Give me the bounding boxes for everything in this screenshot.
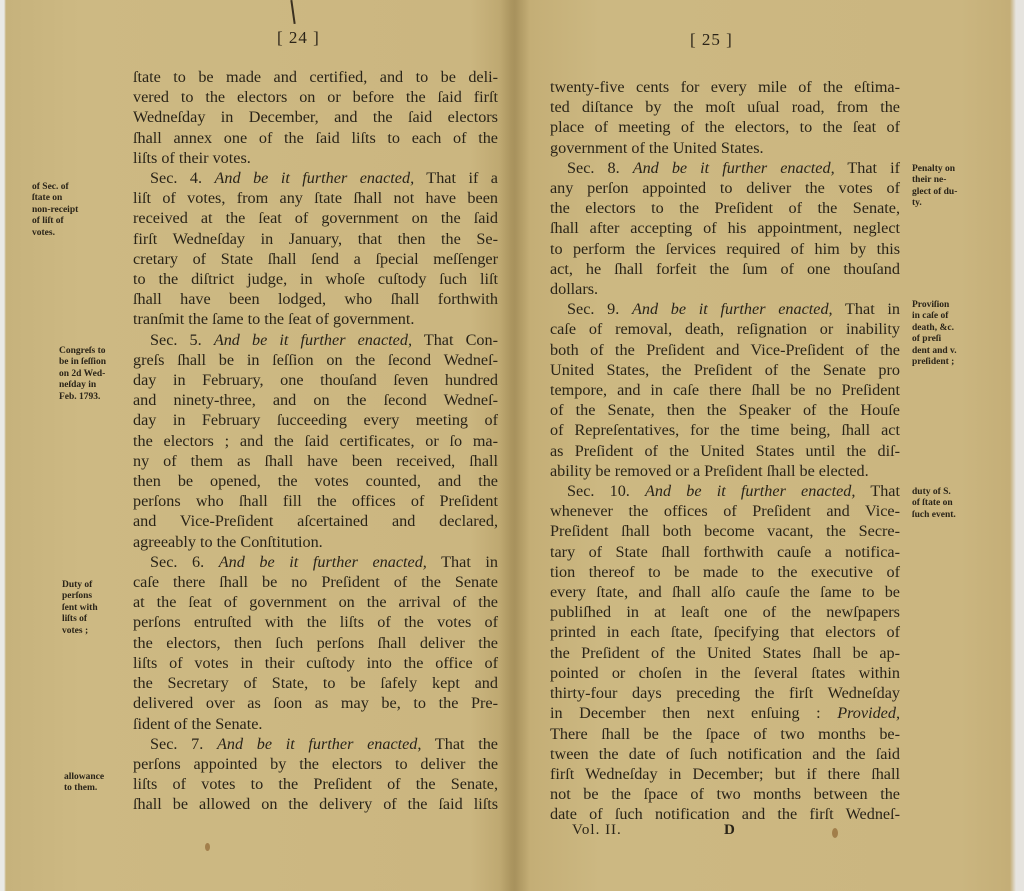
text-line: place of meeting of the electors, to the… [550, 117, 900, 137]
margin-note-line: of liſt of [32, 216, 78, 227]
text-line: caſe there ſhall be no Preſident of the … [133, 572, 498, 592]
proviso-word: Provided, [837, 704, 900, 722]
margin-note-line: of preſi [912, 334, 957, 345]
margin-note: Congreſs tobe in ſeſſionon 2d Wed-neſday… [59, 346, 106, 403]
text-line: at the ſeat of government on the arrival… [133, 592, 498, 612]
text-line: ſident of the Senate. [133, 714, 498, 734]
margin-note: Duty ofperſonsſent withliſts ofvotes ; [62, 580, 98, 637]
text-line: any perſon appointed to deliver the vote… [550, 178, 900, 198]
text-line: and ninety-three, and on the ſecond Wedn… [133, 390, 498, 410]
margin-note-line: Penalty on [912, 164, 957, 175]
text-line: caſe of removal, death, reſignation or i… [550, 319, 900, 339]
enacting-clause: And be it further enacted, [217, 735, 421, 753]
text-line: firſt Wedneſday in December; but if ther… [550, 764, 900, 784]
text-line: received at the ſeat of government on th… [133, 208, 498, 228]
margin-note-line: allowance [64, 772, 104, 783]
text-line: as Preſident of the United States until … [550, 441, 900, 461]
text-line: printed in each ſtate, ſpecifying that e… [550, 622, 900, 642]
page-number: [ 25 ] [690, 30, 733, 50]
margin-note-line: to them. [64, 783, 104, 794]
text-line: liſts of votes in their cuſtody into the… [133, 653, 498, 673]
section-text: That [855, 482, 900, 500]
enacting-clause: And be it further enacted, [645, 482, 855, 500]
margin-note-line: Feb. 1793. [59, 392, 106, 403]
volume-label: Vol. II. [572, 822, 622, 839]
section-number: Sec. 9. [567, 300, 632, 318]
margin-note-line: ſuch event. [912, 510, 956, 521]
section-text: That if [835, 159, 900, 177]
margin-note: of Sec. ofſtate onnon-receiptof liſt ofv… [32, 182, 78, 239]
text-line: greſs ſhall be in ſeſſion on the ſecond … [133, 350, 498, 370]
text-line: ſhall have been lodged, who ſhall forthw… [133, 289, 498, 309]
section-text: That in [833, 300, 900, 318]
text-line: liſts of votes to the Preſident of the S… [133, 774, 498, 794]
section-heading-line: Sec. 9. And be it further enacted, That … [550, 299, 900, 319]
section-number: Sec. 6. [150, 553, 219, 571]
page-body-text: twenty-five cents for every mile of the … [550, 77, 900, 825]
ink-stain [205, 843, 210, 851]
tear-mark [290, 0, 295, 24]
signature-mark: D [724, 822, 736, 839]
enacting-clause: And be it further enacted, [632, 300, 833, 318]
text-line: agreeably to the Conſtitution. [133, 532, 498, 552]
enacting-clause: And be it further enacted, [215, 169, 415, 187]
text-line: publiſhed in at leaſt one of the newſpap… [550, 602, 900, 622]
text-line: and Vice-Preſident aſcertained and decla… [133, 511, 498, 531]
text-line: not be the ſpace of two months between t… [550, 784, 900, 804]
book-spread: [ 24 ] ſtate to be made and certified, a… [0, 0, 1024, 891]
margin-note-line: preſident ; [912, 357, 957, 368]
text-line: act, he ſhall forfeit the ſum of one tho… [550, 259, 900, 279]
section-heading-line: Sec. 5. And be it further enacted, That … [133, 330, 498, 350]
margin-note-line: be in ſeſſion [59, 357, 106, 368]
text-line: every ſtate, and ſhall alſo cauſe the ſa… [550, 582, 900, 602]
text-line: government of the United States. [550, 138, 900, 158]
section-heading-line: Sec. 8. And be it further enacted, That … [550, 158, 900, 178]
section-heading-line: Sec. 10. And be it further enacted, That [550, 481, 900, 501]
margin-note-line: ſent with [62, 603, 98, 614]
text-line: liſts of their votes. [133, 148, 498, 168]
text-line: Wedneſday in December, and the ſaid elec… [133, 107, 498, 127]
margin-note-line: votes ; [62, 626, 98, 637]
margin-note-line: liſts of [62, 614, 98, 625]
text-line: cretary of State ſhall ſend a ſpecial me… [133, 249, 498, 269]
text-line: then be opened, the votes counted, and t… [133, 471, 498, 491]
text-line: to the diſtrict judge, in whoſe cuſtody … [133, 269, 498, 289]
text-line: Preſident ſhall both become vacant, the … [550, 521, 900, 541]
section-heading-line: Sec. 7. And be it further enacted, That … [133, 734, 498, 754]
enacting-clause: And be it further enacted, [219, 553, 427, 571]
section-number: Sec. 8. [567, 159, 633, 177]
margin-note: allowanceto them. [64, 772, 104, 795]
text-line: There ſhall be the ſpace of two months b… [550, 724, 900, 744]
margin-note-line: of ſtate on [912, 498, 956, 509]
margin-note-line: votes. [32, 228, 78, 239]
left-page: [ 24 ] ſtate to be made and certified, a… [0, 0, 512, 891]
text-line: ſtate to be made and certified, and to b… [133, 67, 498, 87]
text-line: United States, the Preſident of the Sena… [550, 360, 900, 380]
text-line: the Secretary of State, to be ſafely kep… [133, 673, 498, 693]
section-heading-line: Sec. 6. And be it further enacted, That … [133, 552, 498, 572]
text-span: in December then next enſuing : [550, 704, 837, 722]
text-line: whenever the offices of Preſident and Vi… [550, 501, 900, 521]
page-number: [ 24 ] [277, 28, 320, 48]
text-line: the electors ; and the ſaid certificates… [133, 431, 498, 451]
margin-note: Penalty ontheir ne-glect of du-ty. [912, 164, 957, 210]
text-line: thirty-four days preceding the firſt Wed… [550, 683, 900, 703]
text-line: perſons who ſhall fill the offices of Pr… [133, 491, 498, 511]
text-line: ny of them as ſhall have been received, … [133, 451, 498, 471]
text-line: ted diſtance by the moſt uſual road, fro… [550, 97, 900, 117]
ink-stain [832, 828, 838, 838]
text-line: in December then next enſuing : Provided… [550, 703, 900, 723]
text-line: tion thereof to be made to the executive… [550, 562, 900, 582]
text-line: tary of State ſhall forthwith cauſe a no… [550, 542, 900, 562]
margin-note: duty of S.of ſtate onſuch event. [912, 487, 956, 521]
text-line: ſhall be allowed on the delivery of the … [133, 794, 498, 814]
text-line: dollars. [550, 279, 900, 299]
section-text: That Con- [412, 331, 498, 349]
margin-note-line: Duty of [62, 580, 98, 591]
margin-note-line: duty of S. [912, 487, 956, 498]
margin-note-line: non-receipt [32, 205, 78, 216]
text-line: perſons entruſted with the liſts of the … [133, 612, 498, 632]
margin-note-line: glect of du- [912, 187, 957, 198]
section-number: Sec. 5. [150, 331, 214, 349]
text-line: tween the date of ſuch notification and … [550, 744, 900, 764]
margin-note-line: Proviſion [912, 300, 957, 311]
text-line: the electors to the Preſident of the Sen… [550, 198, 900, 218]
text-line: delivered over as ſoon as may be, to the… [133, 693, 498, 713]
margin-note-line: perſons [62, 591, 98, 602]
text-line: liſt of votes, from any ſtate ſhall not … [133, 188, 498, 208]
text-line: the Preſident of the United States ſhall… [550, 643, 900, 663]
text-line: firſt Wedneſday in January, that then th… [133, 229, 498, 249]
text-line: pointed or choſen in the ſeveral ſtates … [550, 663, 900, 683]
text-line: ſhall after accepting of his appointment… [550, 218, 900, 238]
margin-note-line: neſday in [59, 380, 106, 391]
margin-note-line: their ne- [912, 175, 957, 186]
text-line: of Repreſentatives, for the time being, … [550, 420, 900, 440]
text-line: of the Senate, then the Speaker of the H… [550, 400, 900, 420]
margin-note-line: ty. [912, 198, 957, 209]
margin-note-line: in caſe of [912, 311, 957, 322]
margin-note-line: death, &c. [912, 323, 957, 334]
enacting-clause: And be it further enacted, [214, 331, 412, 349]
section-number: Sec. 10. [567, 482, 645, 500]
page-body-text: ſtate to be made and certified, and to b… [133, 67, 498, 815]
section-number: Sec. 4. [150, 169, 215, 187]
section-text: That if a [414, 169, 498, 187]
margin-note-line: Congreſs to [59, 346, 106, 357]
right-page: [ 25 ] twenty-five cents for every mile … [512, 0, 1024, 891]
section-text: That in [427, 553, 498, 571]
section-heading-line: Sec. 4. And be it further enacted, That … [133, 168, 498, 188]
margin-note: Proviſionin caſe ofdeath, &c.of preſiden… [912, 300, 957, 368]
text-line: both of the Preſident and Vice-Preſident… [550, 340, 900, 360]
section-number: Sec. 7. [150, 735, 217, 753]
text-line: vered to the electors on or before the ſ… [133, 87, 498, 107]
margin-note-line: dent and v. [912, 346, 957, 357]
margin-note-line: on 2d Wed- [59, 369, 106, 380]
text-line: the electors, then ſuch perſons ſhall de… [133, 633, 498, 653]
text-line: ability be removed or a Preſident ſhall … [550, 461, 900, 481]
enacting-clause: And be it further enacted, [633, 159, 835, 177]
text-line: twenty-five cents for every mile of the … [550, 77, 900, 97]
text-line: ſhall annex one of the ſaid liſts to eac… [133, 128, 498, 148]
margin-note-line: of Sec. of [32, 182, 78, 193]
text-line: to perform the ſervices required of him … [550, 239, 900, 259]
text-line: tranſmit the ſame to the ſeat of governm… [133, 309, 498, 329]
text-line: perſons appointed by the electors to del… [133, 754, 498, 774]
margin-note-line: ſtate on [32, 193, 78, 204]
text-line: day in February, one thouſand ſeven hund… [133, 370, 498, 390]
text-line: day in February ſucceeding every meeting… [133, 410, 498, 430]
section-text: That the [421, 735, 498, 753]
text-line: tempore, and in caſe there ſhall be no P… [550, 380, 900, 400]
